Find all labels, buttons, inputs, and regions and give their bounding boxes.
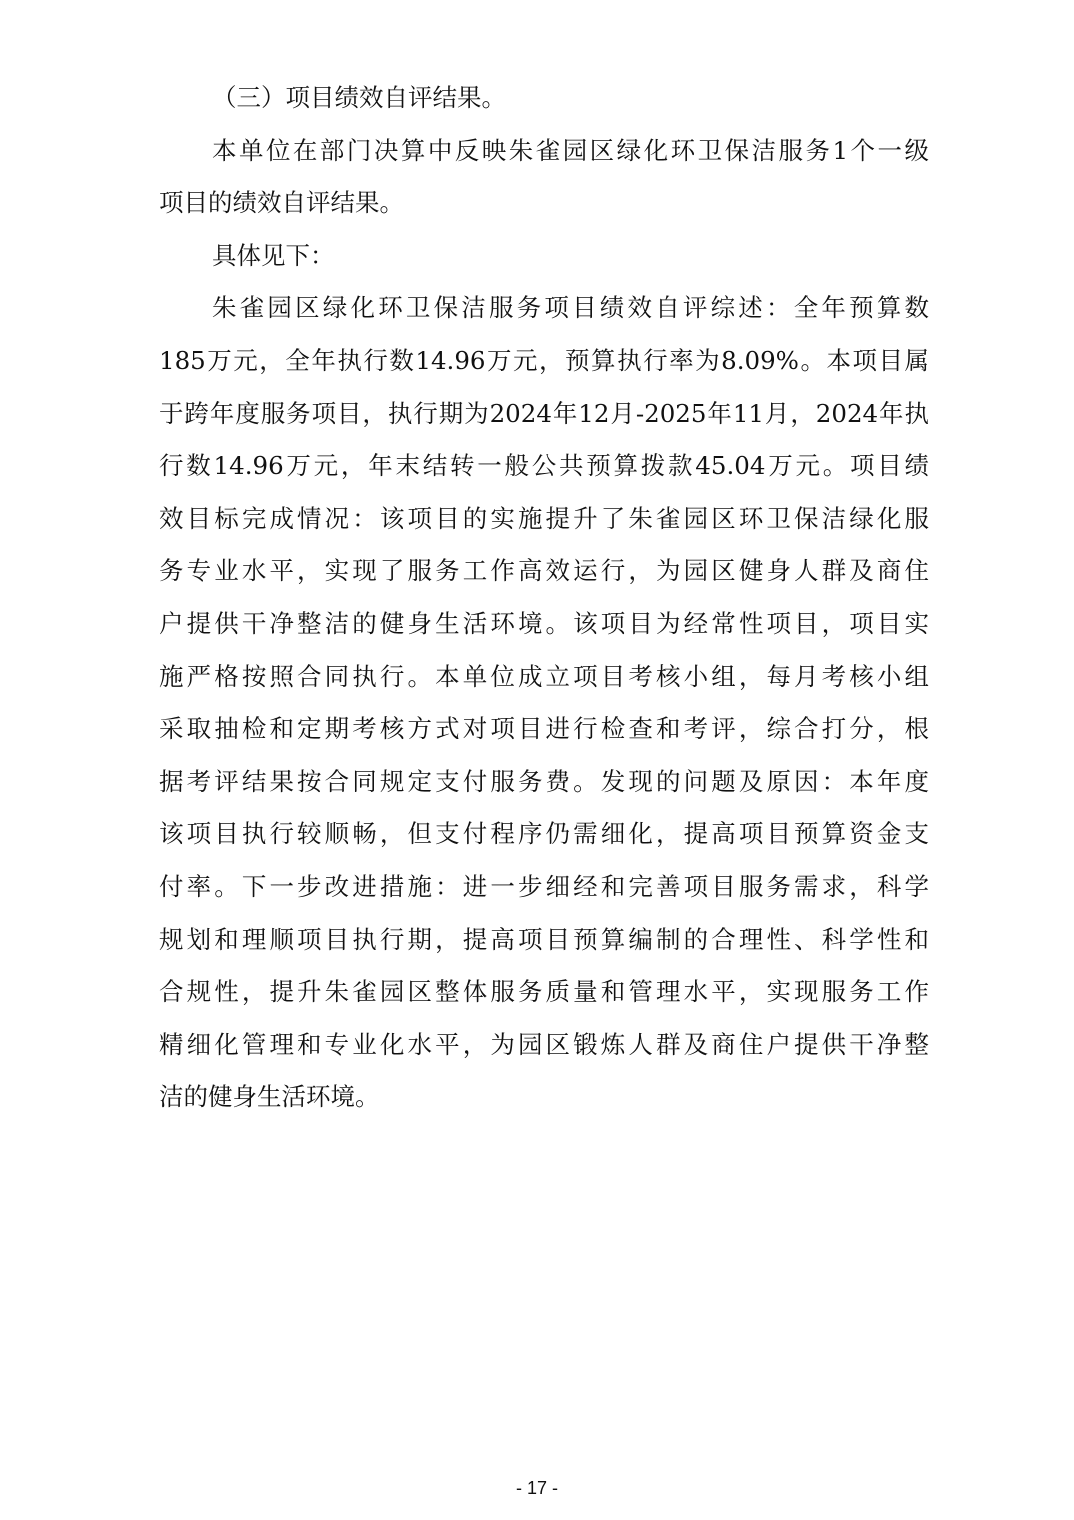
paragraph-line: 效目标完成情况：该项目的实施提升了朱雀园区环卫保洁绿化服 — [159, 493, 929, 546]
paragraph-line: 行数14.96万元，年末结转一般公共预算拨款45.04万元。项目绩 — [159, 440, 929, 493]
paragraph-line: 洁的健身生活环境。 — [159, 1071, 929, 1124]
paragraph-line: 务专业水平，实现了服务工作高效运行，为园区健身人群及商住 — [159, 545, 929, 598]
paragraph-line: 付率。下一步改进措施：进一步细经和完善项目服务需求，科学 — [159, 861, 929, 914]
paragraph-line: 精细化管理和专业化水平，为园区锻炼人群及商住户提供干净整 — [159, 1019, 929, 1072]
paragraph-line: 采取抽检和定期考核方式对项目进行检查和考评，综合打分，根 — [159, 703, 929, 756]
paragraph-line: 本单位在部门决算中反映朱雀园区绿化环卫保洁服务1个一级 — [159, 125, 929, 178]
paragraph-line: 施严格按照合同执行。本单位成立项目考核小组，每月考核小组 — [159, 651, 929, 704]
paragraph-line: 该项目执行较顺畅，但支付程序仍需细化，提高项目预算资金支 — [159, 808, 929, 861]
paragraph-line: 项目的绩效自评结果。 — [159, 177, 929, 230]
see-below-text: 具体见下： — [159, 230, 929, 283]
section-heading: （三）项目绩效自评结果。 — [159, 72, 929, 125]
paragraph-line: 朱雀园区绿化环卫保洁服务项目绩效自评综述：全年预算数 — [159, 282, 929, 335]
paragraph-line: 户提供干净整洁的健身生活环境。该项目为经常性项目，项目实 — [159, 598, 929, 651]
document-body: （三）项目绩效自评结果。 本单位在部门决算中反映朱雀园区绿化环卫保洁服务1个一级… — [159, 72, 929, 1124]
paragraph-line: 于跨年度服务项目，执行期为2024年12月-2025年11月，2024年执 — [159, 388, 929, 441]
paragraph-line: 185万元，全年执行数14.96万元，预算执行率为8.09%。本项目属 — [159, 335, 929, 388]
paragraph-line: 据考评结果按合同规定支付服务费。发现的问题及原因：本年度 — [159, 756, 929, 809]
intro-paragraph: 本单位在部门决算中反映朱雀园区绿化环卫保洁服务1个一级 项目的绩效自评结果。 — [159, 125, 929, 230]
paragraph-line: 规划和理顺项目执行期，提高项目预算编制的合理性、科学性和 — [159, 914, 929, 967]
document-page: （三）项目绩效自评结果。 本单位在部门决算中反映朱雀园区绿化环卫保洁服务1个一级… — [0, 0, 1074, 1520]
paragraph-line: 合规性，提升朱雀园区整体服务质量和管理水平，实现服务工作 — [159, 966, 929, 1019]
page-number: - 17 - — [0, 1478, 1074, 1499]
summary-paragraph: 朱雀园区绿化环卫保洁服务项目绩效自评综述：全年预算数 185万元，全年执行数14… — [159, 282, 929, 1124]
